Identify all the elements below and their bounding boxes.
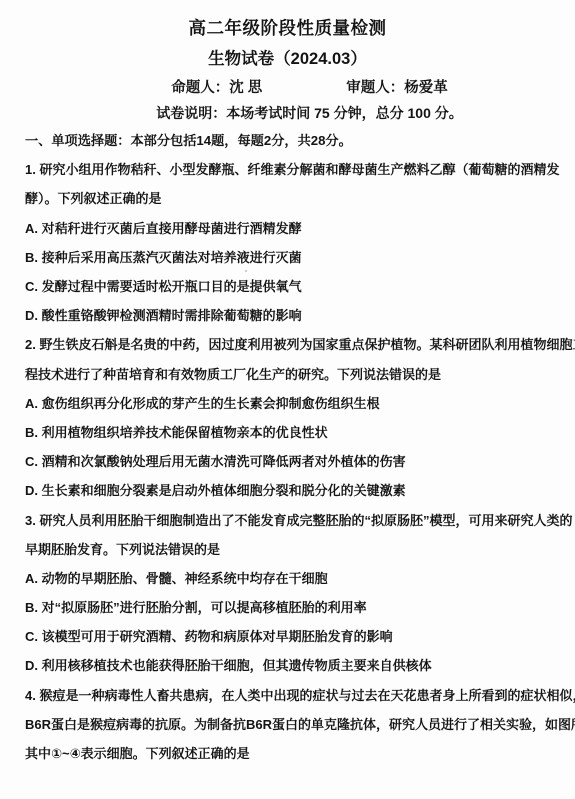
question-1-option-c: C. 发酵过程中需要适时松开瓶口目的是提供氧气 xyxy=(25,271,553,300)
reviewer: 审题人：杨爱革 xyxy=(346,78,448,98)
question-3-option-c: C. 该模型可用于研究酒精、药物和病原体对早期胚胎发育的影响 xyxy=(25,621,553,650)
question-3-stem-line-2: 早期胚胎发育。下列说法错误的是 xyxy=(25,534,553,563)
page-subtitle: 生物试卷（2024.03） xyxy=(0,46,575,72)
question-3-option-d: D. 利用核移植技术也能获得胚胎干细胞，但其遗传物质主要来自供核体 xyxy=(25,650,553,679)
question-2-stem-line-2: 程技术进行了种苗培育和有效物质工厂化生产的研究。下列说法错误的是 xyxy=(25,359,553,388)
question-4-stem-line-1: 4. 猴痘是一种病毒性人畜共患病，在人类中出现的症状与过去在天花患者身上所看到的… xyxy=(25,680,553,709)
reviewer-label: 审题人： xyxy=(346,80,404,96)
question-2-option-a: A. 愈伤组织再分化形成的芽产生的生长素会抑制愈伤组织生根 xyxy=(25,388,553,417)
question-3-option-a: A. 动物的早期胚胎、骨髓、神经系统中均存在干细胞 xyxy=(25,563,553,592)
question-2-stem-line-1: 2. 野生铁皮石斛是名贵的中药，因过度利用被列为国家重点保护植物。某科研团队利用… xyxy=(25,329,553,358)
exam-body: 一、单项选择题：本部分包括14题，每题2分，共28分。 1. 研究小组用作物秸秆… xyxy=(0,125,575,767)
reviewer-name: 杨爱革 xyxy=(404,80,448,96)
page-title: 高二年级阶段性质量检测 xyxy=(0,0,575,41)
question-1-stem-line-2: 酵）。下列叙述正确的是 xyxy=(25,183,553,212)
question-1-option-a: A. 对秸秆进行灭菌后直接用酵母菌进行酒精发酵 xyxy=(25,213,553,242)
question-1-stem-line-1: 1. 研究小组用作物秸秆、小型发酵瓶、纤维素分解菌和酵母菌生产燃料乙醇（葡萄糖的… xyxy=(25,154,553,183)
question-2-option-c: C. 酒精和次氯酸钠处理后用无菌水清洗可降低两者对外植体的伤害 xyxy=(25,446,553,475)
setter-label: 命题人： xyxy=(171,80,229,96)
question-2-option-b: B. 利用植物组织培养技术能保留植物亲本的优良性状 xyxy=(25,417,553,446)
exam-instructions: 试卷说明：本场考试时间 75 分钟，总分 100 分。 xyxy=(22,103,575,123)
question-2-option-d: D. 生长素和细胞分裂素是启动外植体细胞分裂和脱分化的关键激素 xyxy=(25,475,553,504)
question-4-stem-line-3: 其中①~④表示细胞。下列叙述正确的是 xyxy=(25,738,553,767)
question-3-stem-line-1: 3. 研究人员利用胚胎干细胞制造出了不能发育成完整胚胎的“拟原肠胚”模型，可用来… xyxy=(25,504,553,533)
exam-paper: 高二年级阶段性质量检测 生物试卷（2024.03） 命题人：沈 思 审题人：杨爱… xyxy=(0,0,575,799)
question-1-option-d: D. 酸性重铬酸钾检测酒精时需排除葡萄糖的影响 xyxy=(25,300,553,329)
setter-name: 沈 思 xyxy=(229,80,262,96)
setter: 命题人：沈 思 xyxy=(171,78,262,98)
section-heading: 一、单项选择题：本部分包括14题，每题2分，共28分。 xyxy=(25,125,553,154)
question-3-option-b: B. 对“拟原肠胚”进行胚胎分割，可以提高移植胚胎的利用率 xyxy=(25,592,553,621)
question-4-stem-line-2: B6R蛋白是猴痘病毒的抗原。为制备抗B6R蛋白的单克隆抗体，研究人员进行了相关实… xyxy=(25,709,553,738)
exam-authors: 命题人：沈 思 审题人：杨爱革 xyxy=(22,78,575,98)
question-1-option-b: B. 接种后采用高压蒸汽灭菌法对培养液进行灭菌 xyxy=(25,242,553,271)
